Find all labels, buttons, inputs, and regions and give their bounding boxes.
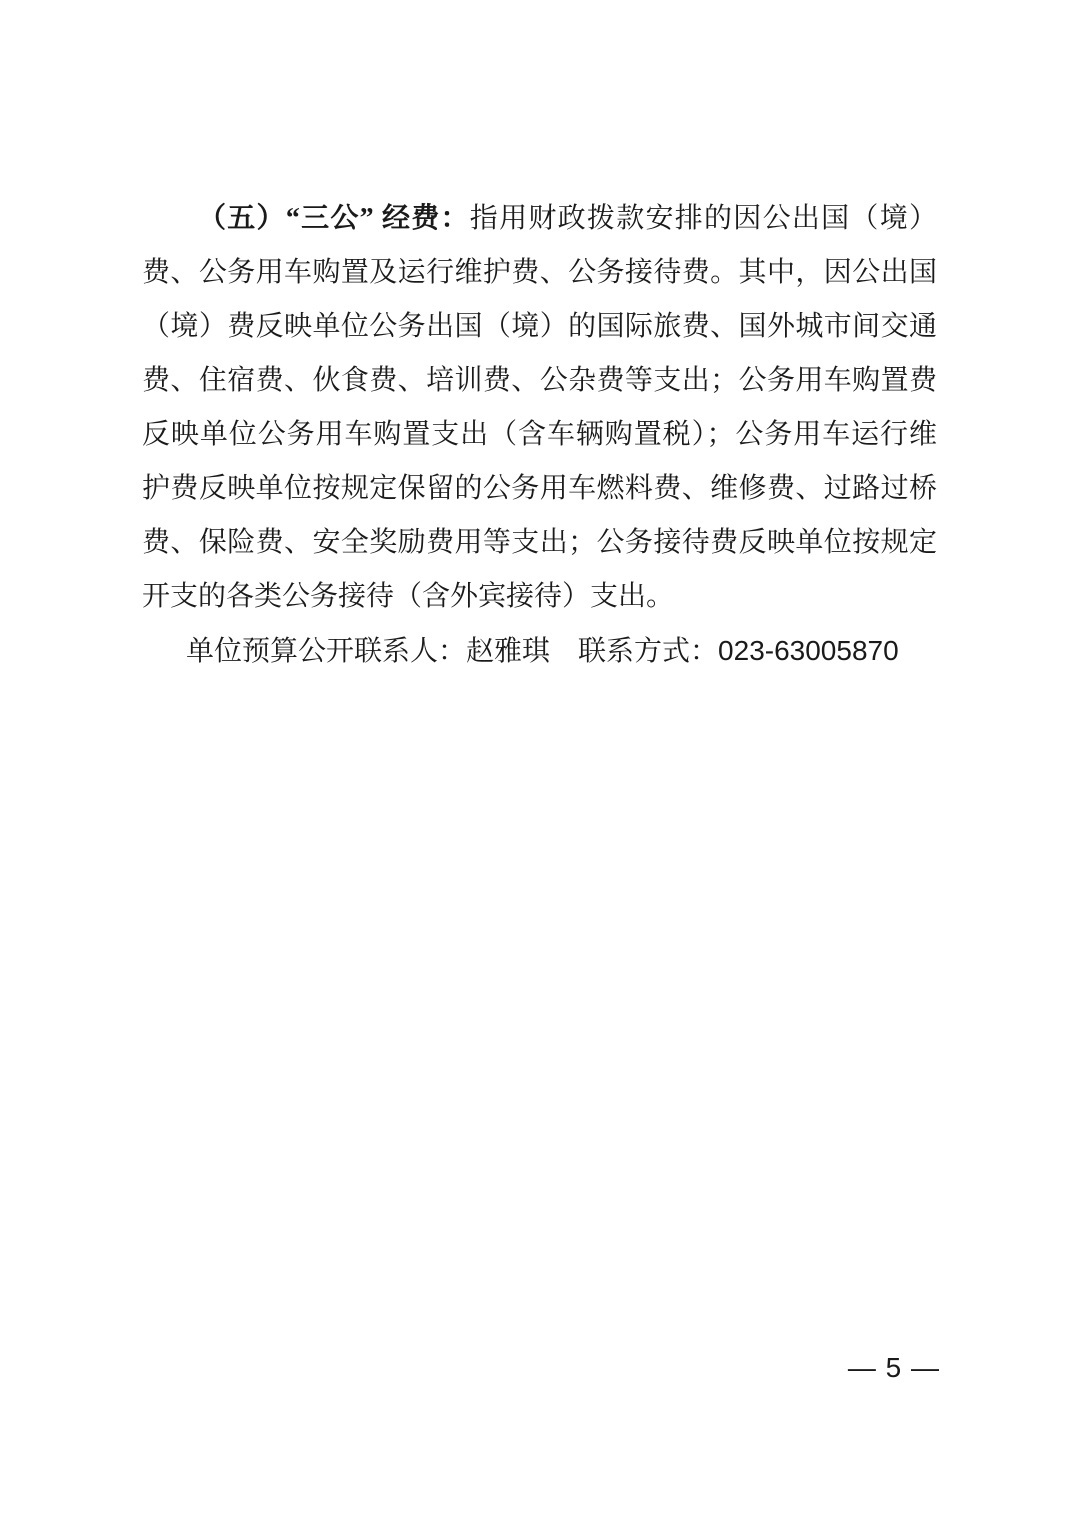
section-heading-three-public: （五）“三公” 经费：: [198, 203, 470, 234]
paragraph-line-8: 开支的各类公务接待（含外宾接待）支出。: [142, 570, 937, 624]
paragraph-line-5: 反映单位公务用车购置支出（含车辆购置税）；公务用车运行维: [142, 408, 937, 462]
document-page: （五）“三公” 经费：指用财政拨款安排的因公出国（境） 费、公务用车购置及运行维…: [0, 0, 1074, 1520]
contact-person-label: 单位预算公开联系人：: [186, 636, 466, 667]
contact-person-name: 赵雅琪: [466, 636, 550, 667]
paragraph-line-4: 费、住宿费、伙食费、培训费、公杂费等支出；公务用车购置费: [142, 354, 937, 408]
contact-phone-label: 联系方式：: [578, 636, 718, 667]
document-body: （五）“三公” 经费：指用财政拨款安排的因公出国（境） 费、公务用车购置及运行维…: [142, 192, 937, 678]
paragraph-line-2: 费、公务用车购置及运行维护费、公务接待费。其中，因公出国: [142, 246, 937, 300]
paragraph-text: 指用财政拨款安排的因公出国（境）: [470, 203, 937, 234]
contact-phone-number: 023-63005870: [718, 635, 899, 666]
page-number: — 5 —: [848, 1350, 940, 1386]
paragraph-line-7: 费、保险费、安全奖励费用等支出；公务接待费反映单位按规定: [142, 516, 937, 570]
paragraph-line-3: （境）费反映单位公务出国（境）的国际旅费、国外城市间交通: [142, 300, 937, 354]
contact-line: 单位预算公开联系人：赵雅琪联系方式：023-63005870: [142, 624, 937, 678]
paragraph-line-6: 护费反映单位按规定保留的公务用车燃料费、维修费、过路过桥: [142, 462, 937, 516]
paragraph-line-1: （五）“三公” 经费：指用财政拨款安排的因公出国（境）: [142, 192, 937, 246]
